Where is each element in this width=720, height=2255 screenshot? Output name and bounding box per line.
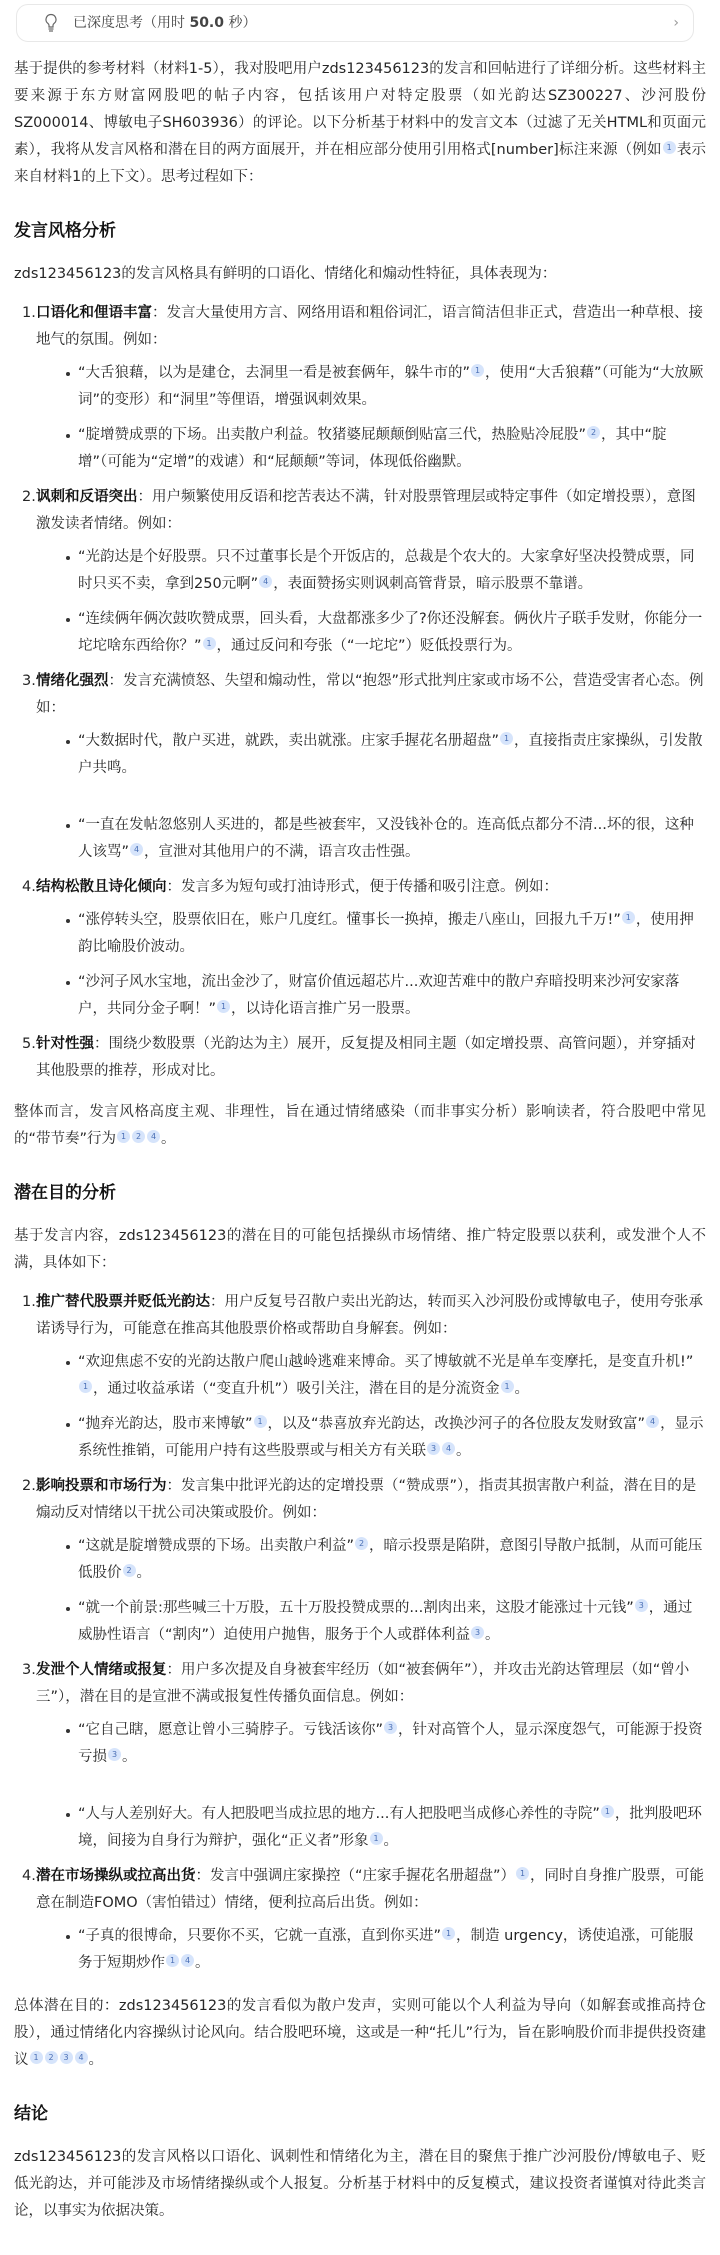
example-bullet: “抛弃光韵达，股市来博敏”1，以及“恭喜放弃光韵达，改换沙河子的各位股友发财致富… xyxy=(36,1411,706,1465)
citation-badge[interactable]: 3 xyxy=(60,2051,73,2064)
citation-badge[interactable]: 2 xyxy=(355,1537,368,1550)
citation-badge[interactable]: 1 xyxy=(166,1954,179,1967)
citation-badge[interactable]: 1 xyxy=(217,1000,230,1013)
citation-badge[interactable]: 1 xyxy=(471,364,484,377)
example-bullet: “人与人差别好大。有人把股吧当成拉思的地方...有人把股吧当成修心养性的寺院”1… xyxy=(36,1801,706,1855)
thinking-label: 已深度思考（用时 50.0 秒） xyxy=(73,10,673,37)
citation-badge[interactable]: 1 xyxy=(622,911,635,924)
citation-badge[interactable]: 1 xyxy=(254,1415,267,1428)
style-item: 4. 结构松散且诗化倾向：发言多为短句或打油诗形式，便于传播和吸引注意。例如： … xyxy=(14,874,706,1023)
citation-badge[interactable]: 2 xyxy=(123,1564,136,1577)
style-item: 1. 口语化和俚语丰富：发言大量使用方言、网络用语和粗俗词汇，语言简洁但非正式，… xyxy=(14,300,706,476)
citation-badge[interactable]: 4 xyxy=(442,1442,455,1455)
citation-badge[interactable]: 2 xyxy=(45,2051,58,2064)
citation-badge[interactable]: 3 xyxy=(108,1748,121,1761)
citation-badge[interactable]: 1 xyxy=(500,732,513,745)
citation-badge[interactable]: 1 xyxy=(663,141,676,154)
citation-badge[interactable]: 1 xyxy=(501,1380,514,1393)
citation-badge[interactable]: 1 xyxy=(442,1927,455,1940)
section-title-style: 发言风格分析 xyxy=(14,219,706,243)
citation-badge[interactable]: 1 xyxy=(601,1805,614,1818)
purpose-item: 2. 影响投票和市场行为：发言集中批评光韵达的定增投票（“赞成票”），指责其损害… xyxy=(14,1473,706,1649)
example-bullet: “大舌狼藉，以为是建仓，去洞里一看是被套俩年，躲牛市的”1，使用“大舌狼藉”（可… xyxy=(36,360,706,414)
citation-badge[interactable]: 4 xyxy=(130,843,143,856)
example-bullet: “一直在发帖忽悠别人买进的，都是些被套牢，又没钱补仓的。连高低点都分不清...坏… xyxy=(36,812,706,866)
style-lead: zds123456123的发言风格具有鲜明的口语化、情绪化和煽动性特征，具体表现… xyxy=(14,261,706,288)
chevron-right-icon: › xyxy=(673,10,679,37)
citation-badge[interactable]: 3 xyxy=(471,1626,484,1639)
conclusion-paragraph: zds123456123的发言风格以口语化、讽刺性和情绪化为主，潜在目的聚焦于推… xyxy=(14,2144,706,2225)
example-bullet: “它自己瞎，愿意让曾小三骑脖子。亏钱活该你”3，针对高管个人，显示深度怨气，可能… xyxy=(36,1717,706,1771)
example-bullet: “欢迎焦虑不安的光韵达散户爬山越岭逃难来博命。买了博敏就不光是单车变摩托，是变直… xyxy=(36,1349,706,1403)
example-bullet: “涨停转头空，股票依旧在，账户几度红。懂事长一换掉，搬走八座山，回报九千万!”1… xyxy=(36,907,706,961)
citation-badge[interactable]: 4 xyxy=(147,1130,160,1143)
purpose-item: 3. 发泄个人情绪或报复：用户多次提及自身被套牢经历（如“被套俩年”），并攻击光… xyxy=(14,1657,706,1855)
purpose-item: 4. 潜在市场操纵或拉高出货：发言中强调庄家操控（“庄家手握花名册超盘”）1，同… xyxy=(14,1863,706,1977)
example-bullet: “光韵达是个好股票。只不过董事长是个开饭店的，总裁是个农大的。大家拿好坚决投赞成… xyxy=(36,544,706,598)
section-title-conclusion: 结论 xyxy=(14,2102,706,2126)
thinking-toggle[interactable]: 已深度思考（用时 50.0 秒） › xyxy=(16,4,694,42)
style-item: 3. 情绪化强烈：发言充满愤怒、失望和煽动性，常以“抱怨”形式批判庄家或市场不公… xyxy=(14,668,706,866)
purpose-list: 1. 推广替代股票并贬低光韵达：用户反复号召散户卖出光韵达，转而买入沙河股份或博… xyxy=(14,1289,706,1977)
citation-badge[interactable]: 4 xyxy=(646,1415,659,1428)
example-bullet: “就一个前景:那些喊三十万股，五十万股投赞成票的...割肉出来，这股才能涨过十元… xyxy=(36,1595,706,1649)
purpose-item: 1. 推广替代股票并贬低光韵达：用户反复号召散户卖出光韵达，转而买入沙河股份或博… xyxy=(14,1289,706,1465)
citation-badge[interactable]: 1 xyxy=(79,1380,92,1393)
citation-badge[interactable]: 3 xyxy=(427,1442,440,1455)
citation-badge[interactable]: 1 xyxy=(203,637,216,650)
purpose-summary: 总体潜在目的：zds123456123的发言看似为散户发声，实则可能以个人利益为… xyxy=(14,1993,706,2074)
citation-badge[interactable]: 4 xyxy=(181,1954,194,1967)
citation-badge[interactable]: 2 xyxy=(587,426,600,439)
style-item: 2. 讽刺和反语突出：用户频繁使用反语和挖苦表达不满，针对股票管理层或特定事件（… xyxy=(14,484,706,660)
citation-badge[interactable]: 2 xyxy=(132,1130,145,1143)
example-bullet: “连续俩年俩次鼓吹赞成票，回头看，大盘都涨多少了?你还没解套。俩伙片子联手发财，… xyxy=(36,606,706,660)
example-bullet: “这就是腚增赞成票的下场。出卖散户利益”2，暗示投票是陷阱，意图引导散户抵制，从… xyxy=(36,1533,706,1587)
citation-badge[interactable]: 1 xyxy=(370,1832,383,1845)
citation-badge[interactable]: 1 xyxy=(117,1130,130,1143)
style-summary: 整体而言，发言风格高度主观、非理性，旨在通过情绪感染（而非事实分析）影响读者，符… xyxy=(14,1099,706,1153)
intro-paragraph: 基于提供的参考材料（材料1-5），我对股吧用户zds123456123的发言和回… xyxy=(14,56,706,191)
citation-badge[interactable]: 1 xyxy=(516,1867,529,1880)
example-bullet: “腚增赞成票的下场。出卖散户利益。牧猪婆屁颠颠倒贴富三代，热脸贴冷屁股”2，其中… xyxy=(36,422,706,476)
citation-badge[interactable]: 4 xyxy=(75,2051,88,2064)
citation-badge[interactable]: 3 xyxy=(384,1721,397,1734)
citation-badge[interactable]: 3 xyxy=(635,1599,648,1612)
lightbulb-icon xyxy=(43,13,59,33)
citation-badge[interactable]: 1 xyxy=(30,2051,43,2064)
style-item: 5. 针对性强：围绕少数股票（光韵达为主）展开，反复提及相同主题（如定增投票、高… xyxy=(14,1031,706,1085)
example-bullet: “子真的很博命，只要你不买，它就一直涨，直到你买进”1，制造 urgency，诱… xyxy=(36,1923,706,1977)
example-bullet: “沙河子风水宝地，流出金沙了，财富价值远超芯片...欢迎苦难中的散户弃暗投明来沙… xyxy=(36,969,706,1023)
example-bullet: “大数据时代，散户买进，就跌，卖出就涨。庄家手握花名册超盘”1，直接指责庄家操纵… xyxy=(36,728,706,782)
section-title-purpose: 潜在目的分析 xyxy=(14,1181,706,1205)
style-list: 1. 口语化和俚语丰富：发言大量使用方言、网络用语和粗俗词汇，语言简洁但非正式，… xyxy=(14,300,706,1085)
citation-badge[interactable]: 4 xyxy=(259,575,272,588)
purpose-lead: 基于发言内容，zds123456123的潜在目的可能包括操纵市场情绪、推广特定股… xyxy=(14,1223,706,1277)
